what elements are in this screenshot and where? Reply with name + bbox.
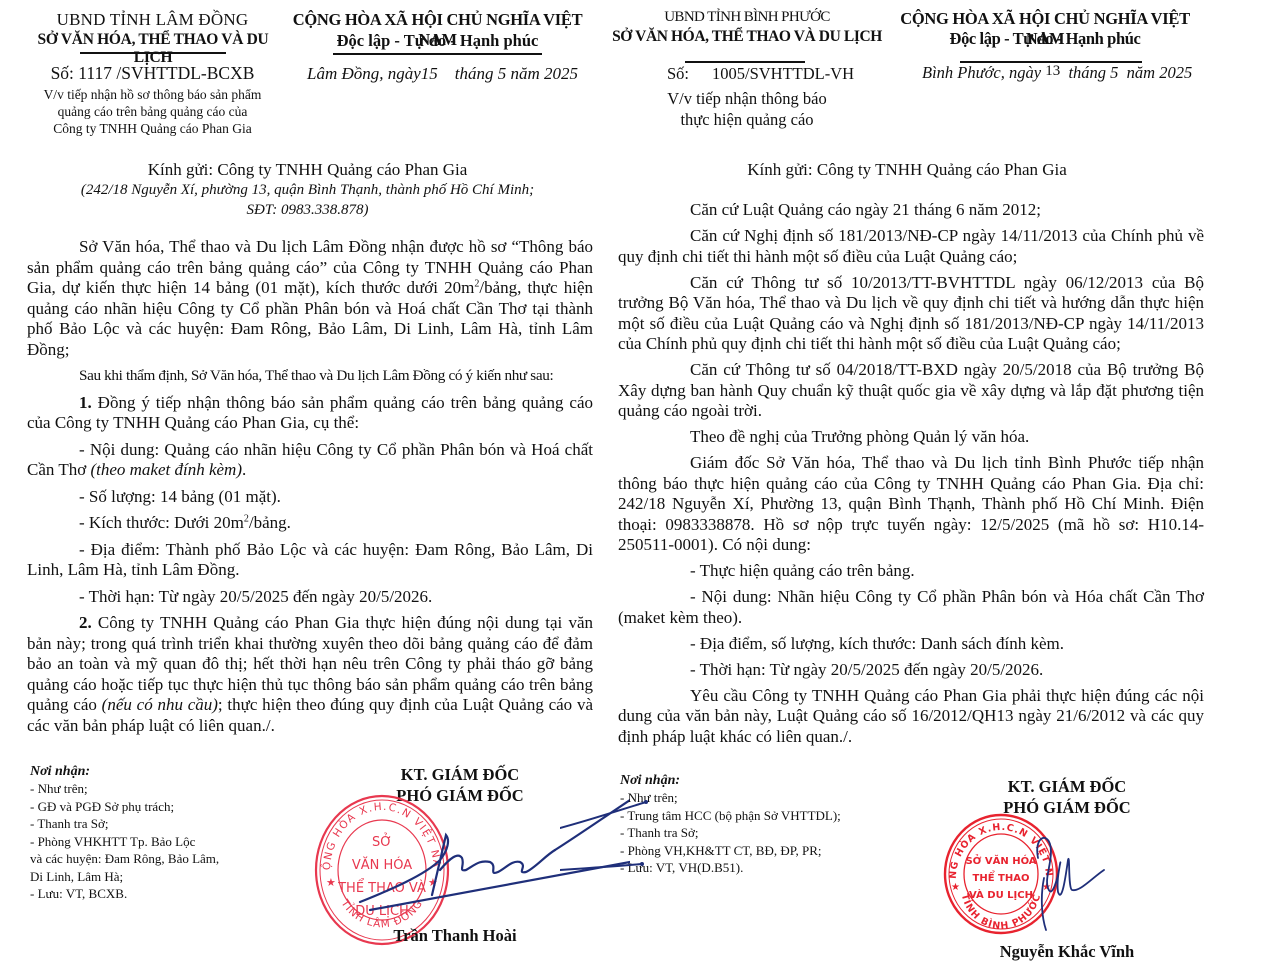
signature-stroke-icon — [560, 790, 660, 880]
date-line: Lâm Đồng, ngày15 tháng 5 năm 2025 — [307, 64, 578, 84]
content-item: - Thời hạn: Từ ngày 20/5/2025 đến ngày 2… — [618, 660, 1204, 681]
recipient-item: - Phòng VH,KH&TT CT, BĐ, ĐP, PR; — [620, 842, 900, 860]
item-size: - Kích thước: Dưới 20m2/bảng. — [27, 513, 593, 534]
svg-text:THỂ THAO: THỂ THAO — [973, 869, 1030, 884]
recipient: Kính gửi: Công ty TNHH Quảng cáo Phan Gi… — [20, 160, 595, 180]
doc-number-label: Số: — [667, 64, 689, 84]
motto-underline — [333, 53, 542, 55]
subject: V/v tiếp nhận thông báo thực hiện quảng … — [612, 88, 882, 130]
org-name: SỞ VĂN HÓA, THỂ THAO VÀ DU LỊCH — [612, 28, 882, 46]
requirement-paragraph: Yêu cầu Công ty TNHH Quảng cáo Phan Gia … — [618, 686, 1204, 748]
intro-paragraph: Sở Văn hóa, Thể thao và Du lịch Lâm Đồng… — [27, 237, 593, 360]
recipient-item: - Như trên; — [620, 789, 900, 807]
body: Sở Văn hóa, Thể thao và Du lịch Lâm Đồng… — [27, 237, 593, 736]
decision-paragraph: Giám đốc Sở Văn hóa, Thể thao và Du lịch… — [618, 453, 1204, 556]
header-underline — [80, 52, 226, 54]
doc-number: Số: 1117 /SVHTTDL-BCXB — [20, 63, 285, 84]
signer-name: Trần Thanh Hoài — [360, 926, 550, 946]
svg-text:SỞ VĂN HÓA: SỞ VĂN HÓA — [965, 853, 1036, 867]
org-name: SỞ VĂN HÓA, THỂ THAO VÀ DU LỊCH — [18, 31, 288, 67]
org-parent: UBND TỈNH LÂM ĐỒNG — [20, 10, 285, 30]
recipient-item: - GĐ và PGĐ Sở phụ trách; — [30, 798, 270, 816]
item-duration: - Thời hạn: Từ ngày 20/5/2025 đến ngày 2… — [27, 587, 593, 608]
legal-basis: Căn cứ Luật Quảng cáo ngày 21 tháng 6 nă… — [618, 200, 1204, 221]
legal-basis: Căn cứ Nghị định số 181/2013/NĐ-CP ngày … — [618, 226, 1204, 267]
header-underline — [685, 61, 805, 63]
proposal: Theo đề nghị của Trưởng phòng Quản lý vă… — [618, 427, 1204, 448]
org-parent: UBND TỈNH BÌNH PHƯỚC — [612, 9, 882, 26]
body: Căn cứ Luật Quảng cáo ngày 21 tháng 6 nă… — [618, 200, 1204, 747]
content-item: - Thực hiện quảng cáo trên bảng. — [618, 561, 1204, 582]
recipient-address: (242/18 Nguyễn Xí, phường 13, quận Bình … — [20, 180, 595, 220]
item-location: - Địa điểm: Thành phố Bảo Lộc và các huy… — [27, 540, 593, 581]
document-binh-phuoc: UBND TỈNH BÌNH PHƯỚC SỞ VĂN HÓA, THỂ THA… — [612, 0, 1276, 964]
subject: V/v tiếp nhận hồ sơ thông báo sản phẩm q… — [20, 86, 285, 137]
date-line: Bình Phước, ngày 13 tháng 5 năm 2025 — [922, 63, 1192, 83]
doc-number: 1005/SVHTTDL-VH — [712, 64, 854, 84]
svg-text:VÀ DU LỊCH: VÀ DU LỊCH — [969, 888, 1033, 901]
recipient-item: - Lưu: VT, VH(D.B51). — [620, 859, 900, 877]
recipient-item: - Thanh tra Sở; — [30, 815, 270, 833]
recipient-item: - Như trên; — [30, 780, 270, 798]
svg-text:★: ★ — [951, 882, 960, 893]
motto: Độc lập - Tự do - Hạnh phúc — [890, 29, 1200, 49]
item-1: 1. Đồng ý tiếp nhận thông báo sản phẩm q… — [27, 393, 593, 434]
document-lam-dong: UBND TỈNH LÂM ĐỒNG SỞ VĂN HÓA, THỂ THAO … — [0, 0, 605, 964]
legal-basis: Căn cứ Thông tư số 10/2013/TT-BVHTTDL ng… — [618, 273, 1204, 355]
signer-name: Nguyễn Khắc Vĩnh — [972, 942, 1162, 962]
recipient-item: - Thanh tra Sở; — [620, 824, 900, 842]
signature-icon — [1032, 818, 1162, 938]
recipient-item: - Phòng VHKHTT Tp. Bảo Lộc — [30, 833, 270, 851]
content-item: - Nội dung: Nhãn hiệu Công ty Cổ phần Ph… — [618, 587, 1204, 628]
recipient-item: - Trung tâm HCC (bộ phận Sở VHTTDL); — [620, 807, 900, 825]
recipient-item: và các huyện: Đam Rông, Bảo Lâm, — [30, 850, 270, 868]
recipient-item: Di Linh, Lâm Hà; — [30, 868, 270, 886]
item-2: 2. Công ty TNHH Quảng cáo Phan Gia thực … — [27, 613, 593, 736]
item-content: - Nội dung: Quảng cáo nhãn hiệu Công ty … — [27, 440, 593, 481]
content-item: - Địa điểm, số lượng, kích thước: Danh s… — [618, 634, 1204, 655]
legal-basis: Căn cứ Thông tư số 04/2018/TT-BXD ngày 2… — [618, 360, 1204, 422]
item-quantity: - Số lượng: 14 bảng (01 mặt). — [27, 487, 593, 508]
motto: Độc lập - Tự do - Hạnh phúc — [280, 31, 595, 51]
recipient: Kính gửi: Công ty TNHH Quảng cáo Phan Gi… — [612, 160, 1202, 180]
recipients-list: Nơi nhận: - Như trên; - Trung tâm HCC (b… — [620, 773, 900, 877]
recipients-list: Nơi nhận: - Như trên; - GĐ và PGĐ Sở phụ… — [30, 764, 270, 903]
opinion-paragraph: Sau khi thẩm định, Sở Văn hóa, Thể thao … — [27, 366, 593, 387]
recipient-item: - Lưu: VT, BCXB. — [30, 885, 270, 903]
